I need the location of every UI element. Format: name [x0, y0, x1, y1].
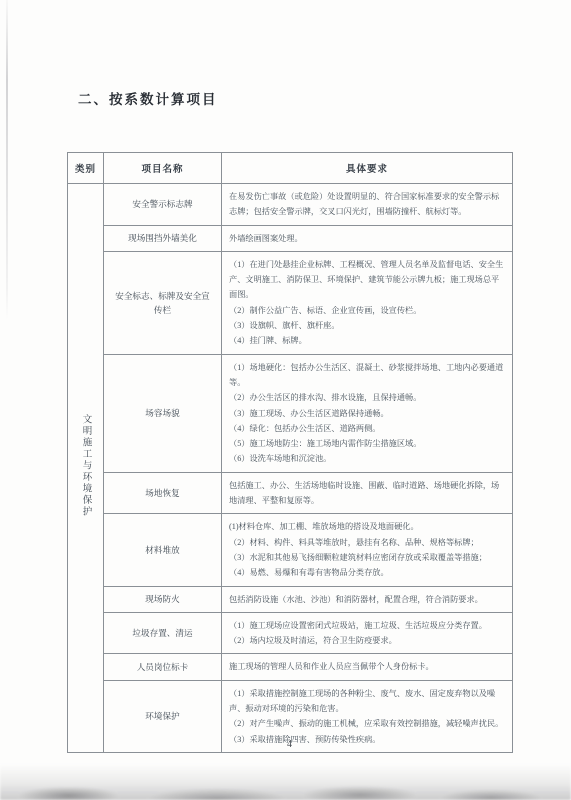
requirement-line: （4）绿化：包括办公生活区、道路两侧。 [229, 421, 506, 436]
project-name-cell: 安全标志、标牌及安全宣传栏 [104, 251, 222, 354]
requirements-cell: （1）在进门处悬挂企业标牌、工程概况、管理人员名单及监督电话、安全生产、文明施工… [222, 251, 513, 354]
requirements-cell: 施工现场的管理人员和作业人员应当佩带个人身份标卡。 [222, 654, 513, 680]
project-name-cell: 人员岗位标卡 [104, 654, 222, 680]
project-name-cell: 材料堆放 [104, 514, 222, 586]
scan-shadow-artifact [0, 764, 571, 800]
requirements-cell: 包括施工、办公、生活场地临时设施、围蔽、临时道路、场地硬化拆除，场地清理、平整和… [222, 472, 513, 514]
header-requirements: 具体要求 [222, 153, 513, 184]
requirement-line: （2）制作公益广告、标语、企业宣传画，设宣传栏。 [229, 303, 506, 318]
requirements-cell: 外墙绘画图案处理。 [222, 225, 513, 251]
scan-edge-artifact [6, 0, 8, 320]
table-row: 场容场貌（1）场地硬化：包括办公生活区、混凝土、砂浆搅拌场地、工地内必要通道等。… [68, 354, 513, 472]
requirement-line: （2）场内垃圾及时清运，符合卫生防疫要求。 [229, 633, 506, 648]
coefficient-items-table: 类别 项目名称 具体要求 文明施工与环境保护安全警示标志牌在易发伤亡事故（或危险… [67, 152, 513, 753]
requirement-line: 外墙绘画图案处理。 [229, 231, 506, 246]
project-name-cell: 垃圾存置、清运 [104, 612, 222, 654]
requirement-line: （1）在进门处悬挂企业标牌、工程概况、管理人员名单及监督电话、安全生产、文明施工… [229, 257, 506, 303]
requirement-line: （5）施工场地防尘：施工场地内需作防尘措施区域。 [229, 436, 506, 451]
requirement-line: 施工现场的管理人员和作业人员应当佩带个人身份标卡。 [229, 659, 506, 674]
requirement-line: （1）采取措施控制施工现场的各种粉尘、废气、废水、固定废弃物以及噪声、振动对环境… [229, 686, 506, 717]
table-row: 现场防火包括消防设施（水池、沙池）和消防器材，配置合理，符合消防要求。 [68, 586, 513, 612]
requirement-line: （3）水泥和其他易飞扬细颗粒建筑材料应密闭存放或采取覆盖等措施； [229, 550, 506, 565]
category-label: 文明施工与环境保护 [79, 414, 93, 518]
project-name-cell: 场容场貌 [104, 354, 222, 472]
table-header-row: 类别 项目名称 具体要求 [68, 153, 513, 184]
table-row: 现场围挡外墙美化外墙绘画图案处理。 [68, 225, 513, 251]
project-name-cell: 场地恢复 [104, 472, 222, 514]
project-name-cell: 现场防火 [104, 586, 222, 612]
requirement-line: （2）材料、构件、料具等堆放时，悬挂有名称、品种、规格等标牌； [229, 535, 506, 550]
table-row: 垃圾存置、清运（1）施工现场应设置密闭式垃圾站，施工垃圾、生活垃圾应分类存置。（… [68, 612, 513, 654]
requirement-line: （2）办公生活区的排水沟、排水设施，且保持通畅。 [229, 390, 506, 405]
table-row: 材料堆放(1)材料仓库、加工棚、堆放场地的搭设及地面硬化。（2）材料、构件、料具… [68, 514, 513, 586]
requirements-cell: （1）施工现场应设置密闭式垃圾站，施工垃圾、生活垃圾应分类存置。（2）场内垃圾及… [222, 612, 513, 654]
requirements-cell: 在易发伤亡事故（或危险）处设置明显的、符合国家标准要求的安全警示标志牌；包括安全… [222, 184, 513, 226]
requirement-line: （4）易燃、易爆和有毒有害物品分类存放。 [229, 565, 506, 580]
table-row: 安全标志、标牌及安全宣传栏（1）在进门处悬挂企业标牌、工程概况、管理人员名单及监… [68, 251, 513, 354]
requirement-line: （3）设旗帜、旗杆、旗杆座。 [229, 318, 506, 333]
requirement-line: 包括消防设施（水池、沙池）和消防器材，配置合理，符合消防要求。 [229, 592, 506, 607]
table-row: 场地恢复包括施工、办公、生活场地临时设施、围蔽、临时道路、场地硬化拆除，场地清理… [68, 472, 513, 514]
requirement-line: （6）设洗车场地和沉淀池。 [229, 451, 506, 466]
table-row: 文明施工与环境保护安全警示标志牌在易发伤亡事故（或危险）处设置明显的、符合国家标… [68, 184, 513, 226]
requirement-line: （3）施工现场、办公生活区道路保持通畅。 [229, 406, 506, 421]
section-title: 二、按系数计算项目 [78, 88, 218, 108]
project-name-cell: 现场围挡外墙美化 [104, 225, 222, 251]
requirement-line: (1)材料仓库、加工棚、堆放场地的搭设及地面硬化。 [229, 519, 506, 534]
scanned-document-page: 二、按系数计算项目 类别 项目名称 具体要求 文明施工与环境保护安全警示标志牌在… [0, 0, 571, 800]
requirement-line: （4）挂门牌、标牌。 [229, 333, 506, 348]
requirement-line: （1）场地硬化：包括办公生活区、混凝土、砂浆搅拌场地、工地内必要通道等。 [229, 360, 506, 391]
requirements-cell: 包括消防设施（水池、沙池）和消防器材，配置合理，符合消防要求。 [222, 586, 513, 612]
requirements-cell: (1)材料仓库、加工棚、堆放场地的搭设及地面硬化。（2）材料、构件、料具等堆放时… [222, 514, 513, 586]
table-row: 人员岗位标卡施工现场的管理人员和作业人员应当佩带个人身份标卡。 [68, 654, 513, 680]
header-category: 类别 [68, 153, 104, 184]
requirements-cell: （1）场地硬化：包括办公生活区、混凝土、砂浆搅拌场地、工地内必要通道等。（2）办… [222, 354, 513, 472]
requirement-line: 在易发伤亡事故（或危险）处设置明显的、符合国家标准要求的安全警示标志牌；包括安全… [229, 189, 506, 220]
header-project-name: 项目名称 [104, 153, 222, 184]
project-name-cell: 安全警示标志牌 [104, 184, 222, 226]
requirement-line: （2）对产生噪声、振动的施工机械，应采取有效控制措施，减轻噪声扰民。 [229, 716, 506, 731]
page-number: 4 [67, 739, 512, 750]
requirement-line: 包括施工、办公、生活场地临时设施、围蔽、临时道路、场地硬化拆除，场地清理、平整和… [229, 478, 506, 509]
requirement-line: （1）施工现场应设置密闭式垃圾站，施工垃圾、生活垃圾应分类存置。 [229, 618, 506, 633]
category-cell: 文明施工与环境保护 [68, 184, 104, 753]
